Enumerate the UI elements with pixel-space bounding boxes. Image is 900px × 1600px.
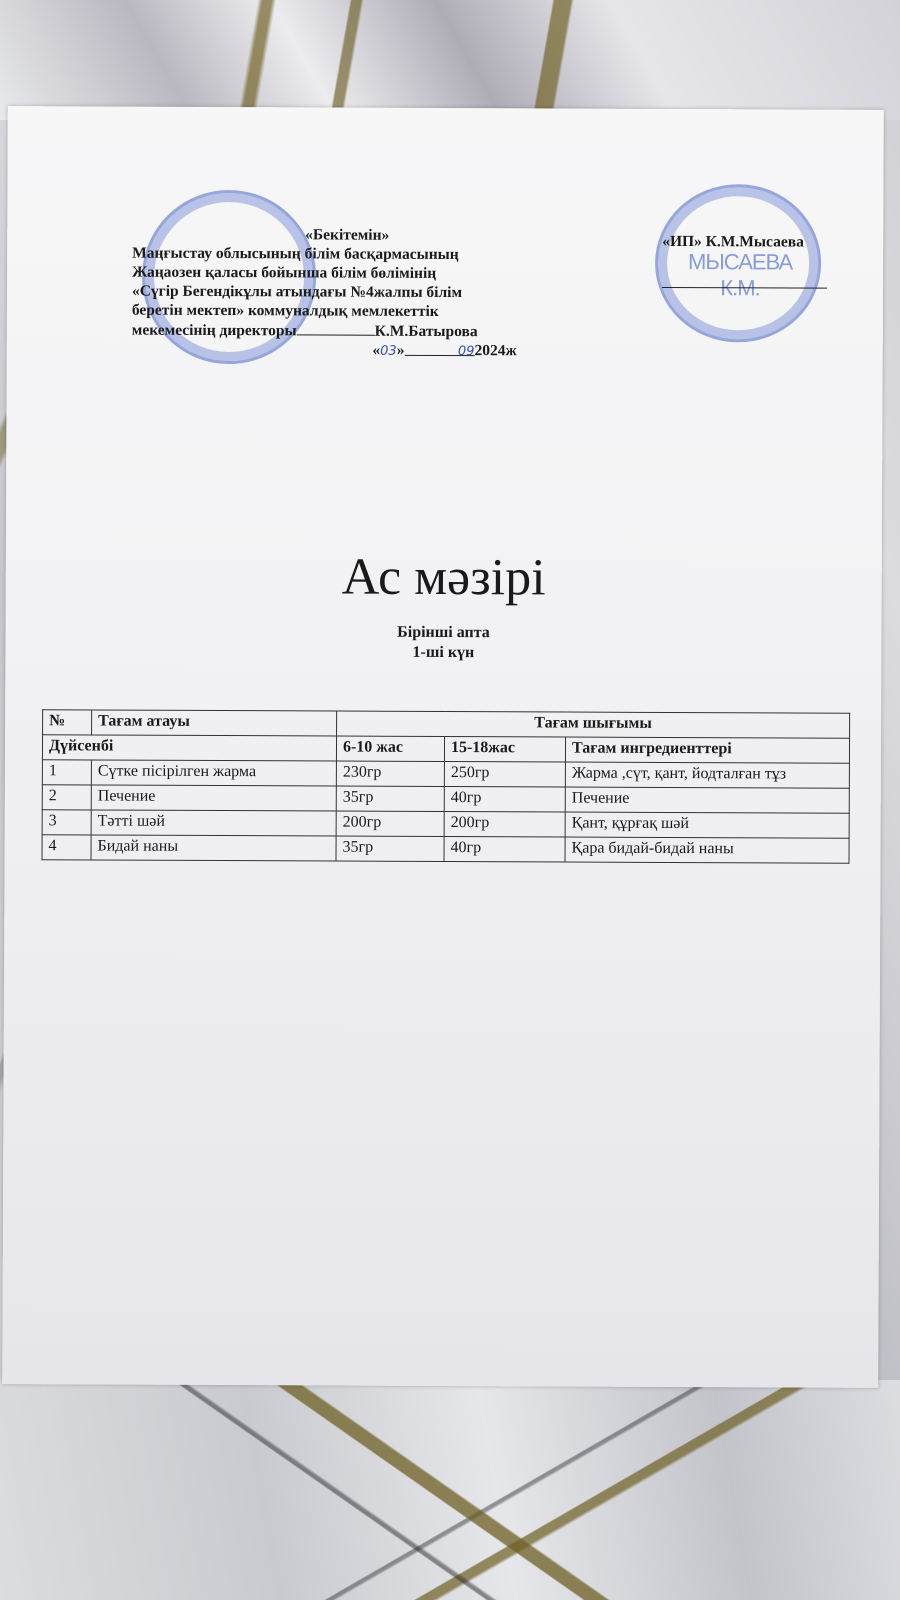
- row-ingredients: Печение: [565, 787, 849, 813]
- date-quote-close: »: [397, 342, 405, 359]
- week-label: Бірінші апта: [5, 622, 881, 644]
- director-line: мекемесінің директорыК.М.Батырова: [132, 320, 532, 342]
- approval-date: «03»092024ж: [132, 340, 532, 362]
- row-name: Тәтті шәй: [91, 810, 336, 836]
- row-age-2: 250гр: [444, 762, 565, 788]
- row-age-2: 200гр: [444, 812, 565, 838]
- row-age-1: 230гр: [336, 761, 444, 786]
- table-header-row: № Тағам атауы Тағам шығымы: [43, 710, 850, 739]
- date-month: 09: [458, 344, 475, 359]
- menu-document: МЫСАЕВА К.М. «Бекітемін» Маңғыстау облыс…: [2, 106, 884, 1388]
- approval-line: Маңғыстау облысының білім басқармасының: [132, 244, 532, 265]
- header-no: №: [43, 710, 92, 735]
- header-output: Тағам шығымы: [337, 711, 850, 738]
- header-name: Тағам атауы: [92, 710, 337, 736]
- weekday-label: Дүйсенбі: [42, 735, 336, 761]
- header-age-1: 6-10 жас: [336, 736, 444, 761]
- director-signature: [297, 320, 375, 335]
- director-name: К.М.Батырова: [375, 323, 478, 340]
- row-name: Печение: [91, 785, 336, 811]
- table-subheader-row: Дүйсенбі 6-10 жас 15-18жас Тағам ингреди…: [42, 735, 849, 764]
- page-title: Ас мәзірі: [6, 546, 882, 609]
- row-no: 4: [42, 835, 91, 860]
- table-row: 2 Печение 35гр 40гр Печение: [42, 785, 849, 814]
- header-ingredients: Тағам ингредиенттері: [565, 737, 849, 763]
- row-no: 1: [42, 760, 91, 785]
- row-no: 2: [42, 785, 91, 810]
- approval-line: «Сүгір Бегендікұлы атындағы №4жалпы білі…: [132, 282, 532, 303]
- menu-table: № Тағам атауы Тағам шығымы Дүйсенбі 6-10…: [42, 709, 851, 864]
- approval-block: «Бекітемін» Маңғыстау облысының білім ба…: [132, 225, 533, 362]
- approval-line: Жаңаозен қаласы бойынша білім бөлімінің: [132, 263, 532, 284]
- date-year: 2024ж: [474, 342, 516, 359]
- director-prefix: мекемесінің директоры: [132, 322, 297, 340]
- marble-background-top: [0, 0, 900, 120]
- row-age-1: 35гр: [336, 786, 444, 811]
- row-ingredients: Қара бидай-бидай наны: [565, 837, 849, 863]
- row-age-1: 35гр: [336, 836, 444, 861]
- approval-title: «Бекітемін»: [132, 225, 532, 246]
- row-name: Бидай наны: [91, 835, 336, 861]
- date-month-line: 09: [404, 341, 474, 356]
- approval-line: беретін мектеп» коммуналдық мемлекеттік: [132, 301, 532, 322]
- table-row: 3 Тәтті шәй 200гр 200гр Қант, құрғақ шәй: [42, 810, 849, 839]
- header-age-2: 15-18жас: [444, 737, 565, 763]
- row-age-1: 200гр: [336, 811, 444, 836]
- row-ingredients: Қант, құрғақ шәй: [565, 812, 849, 838]
- row-ingredients: Жарма ,сүт, қант, йодталған тұз: [565, 762, 849, 788]
- contractor-signature: [662, 257, 827, 289]
- row-age-2: 40гр: [444, 787, 565, 813]
- contractor-block: «ИП» К.М.Мысаева: [662, 233, 832, 289]
- table-row: 4 Бидай наны 35гр 40гр Қара бидай-бидай …: [42, 835, 849, 864]
- row-no: 3: [42, 810, 91, 835]
- row-name: Сүтке пісірілген жарма: [91, 760, 336, 786]
- table-row: 1 Сүтке пісірілген жарма 230гр 250гр Жар…: [42, 760, 849, 789]
- day-label: 1-ші күн: [5, 642, 881, 664]
- marble-background-bottom: [0, 1380, 900, 1600]
- row-age-2: 40гр: [444, 837, 565, 863]
- date-day: 03: [380, 344, 397, 359]
- contractor-label: «ИП» К.М.Мысаева: [662, 233, 832, 252]
